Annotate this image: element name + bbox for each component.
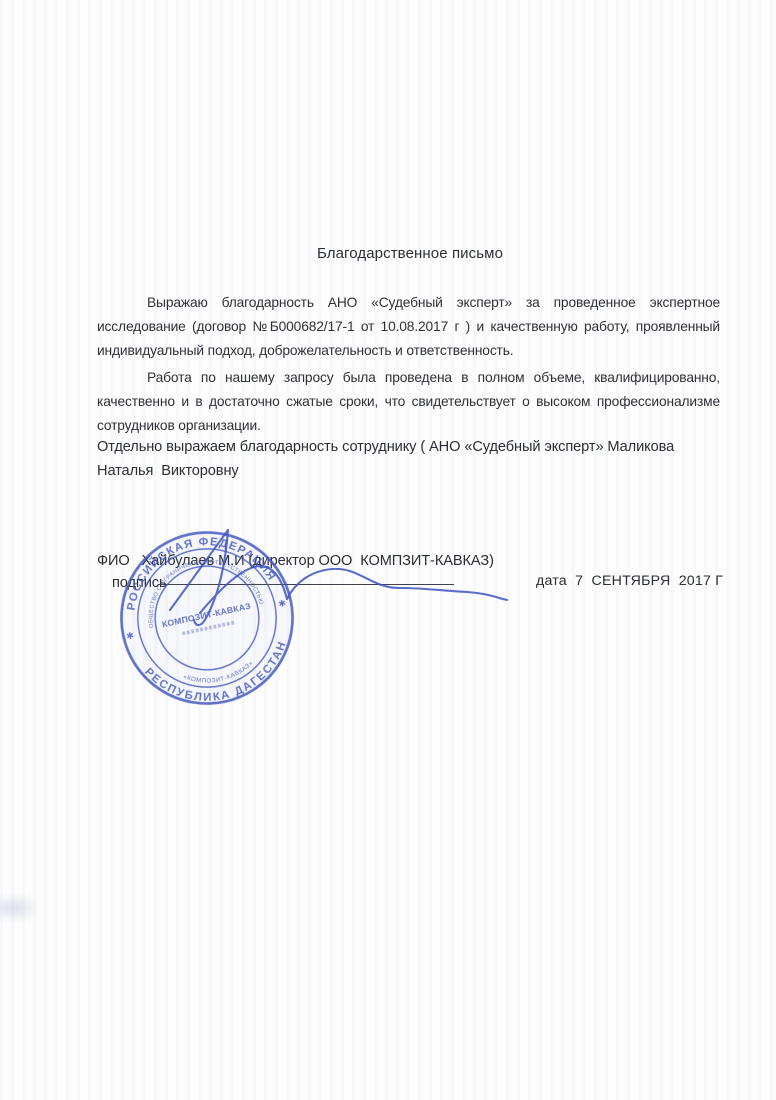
paragraph-line: Выражаю благодарность АНО «Судебный эксп… [97, 291, 720, 315]
paragraph-line: качественно и в достаточно сжатые сроки,… [97, 390, 720, 414]
paragraph-line: Наталья Викторовну [97, 460, 720, 484]
paragraph-line: исследование (договор №Б000682/17-1 от 1… [97, 315, 720, 339]
scanned-letter-page: Благодарственное письмо Выражаю благодар… [0, 0, 776, 1100]
paragraph-line: индивидуальный подход, доброжелательност… [97, 339, 720, 363]
paragraph-line: сотрудников организации. [97, 414, 720, 438]
signature-stroke [287, 569, 507, 600]
scan-smudge-artifact [0, 893, 42, 923]
paragraph-line: Работа по нашему запросу была проведена … [97, 366, 720, 390]
signature-stroke [200, 566, 287, 613]
paragraph-gratitude: Выражаю благодарность АНО «Судебный эксп… [97, 291, 720, 364]
paragraph-employee-thanks: Отдельно выражаем благодарность сотрудни… [97, 436, 720, 483]
handwritten-signature [140, 518, 520, 633]
paragraph-work-quality: Работа по нашему запросу была проведена … [97, 366, 720, 439]
date-line: дата 7 СЕНТЯБРЯ 2017 Г [536, 573, 723, 589]
signature-stroke [194, 530, 228, 625]
letter-title: Благодарственное письмо [80, 245, 740, 262]
signature-stroke [170, 530, 228, 610]
paragraph-line: Отдельно выражаем благодарность сотрудни… [97, 436, 720, 460]
